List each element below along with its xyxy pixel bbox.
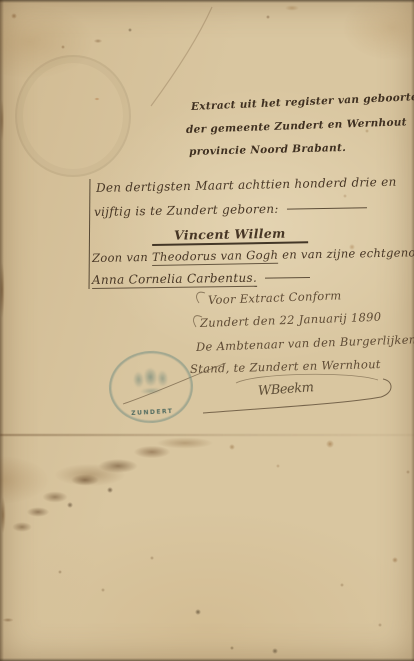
document-photo: Extract uit het register van geboorten d… [0,0,414,661]
body-line-4-underlined: Anna Cornelia Carbentus. [92,271,257,289]
body-line-3-pre: Zoon van [92,250,152,265]
coat-of-arms-icon [128,360,174,398]
ink-rule [265,277,310,279]
body-line-3-post: en van zijne echtgenoote [278,245,414,262]
body-line-3-underlined: Theodorus van Gogh [152,248,279,266]
ink-rule [287,207,367,209]
paper-edge-left [0,0,4,661]
document-page: Extract uit het register van geboorten d… [0,0,414,661]
name-underlined: Vincent Willem [152,225,308,246]
paper-edge-top [0,0,414,3]
fold-crease [0,434,414,436]
embossed-seal [15,55,131,177]
name-line: Vincent Willem [152,225,308,243]
